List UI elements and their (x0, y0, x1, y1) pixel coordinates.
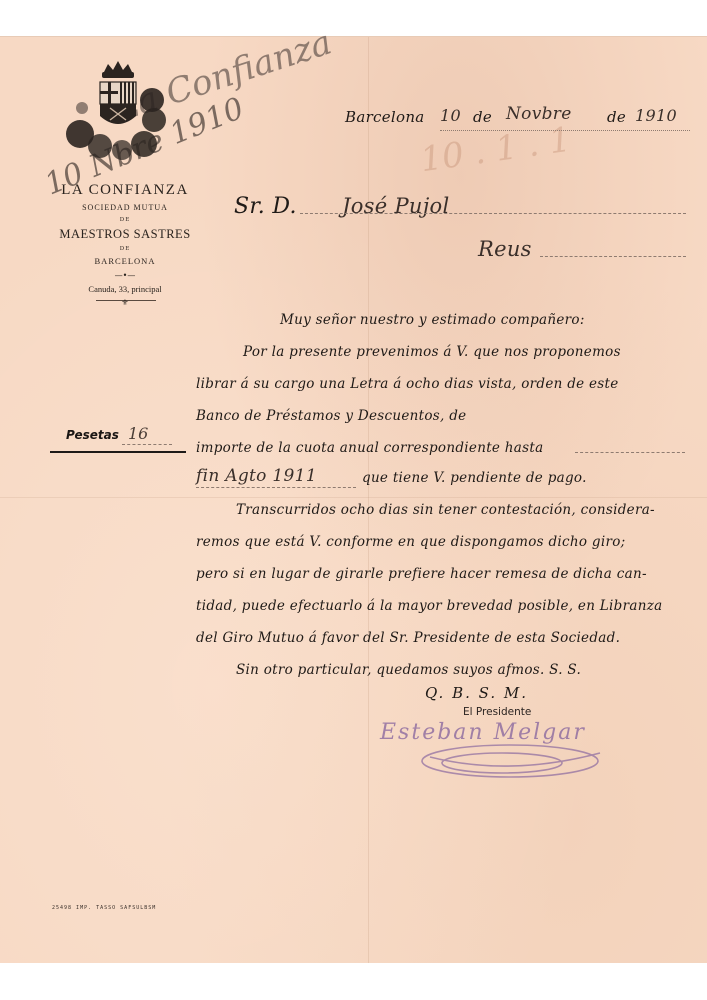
date-month: Novbre (506, 104, 572, 124)
body-line-2: librar á su cargo una Letra á ocho dias … (196, 376, 619, 392)
date-underline (440, 130, 690, 131)
pesetas-label: Pesetas (66, 428, 119, 442)
company-subtitle: SOCIEDAD MUTUA (40, 203, 210, 212)
date-de: de (473, 108, 492, 126)
paragraph2-line-2: remos que está V. conforme en que dispon… (196, 534, 626, 550)
period-fill-line (575, 452, 685, 453)
body-line-4: importe de la cuota anual correspondient… (196, 440, 543, 456)
company-city: BARCELONA (40, 256, 210, 266)
recipient-town-line (540, 256, 686, 257)
paragraph2-line-3: pero si en lugar de girarle prefiere hac… (196, 566, 647, 582)
company-name: LA CONFIANZA (40, 182, 210, 199)
recipient-town: Reus (478, 237, 532, 261)
president-title: El Presidente (463, 706, 531, 718)
body-line-1: Por la presente prevenimos á V. que nos … (243, 344, 621, 360)
paragraph2-line-4: tidad, puede efectuarlo á la mayor breve… (196, 598, 662, 614)
period-underline (196, 487, 356, 488)
date-de-2: de (607, 108, 626, 126)
greeting: Muy señor nuestro y estimado compañero: (280, 312, 585, 328)
pesetas-rule (50, 451, 186, 453)
date-year: 1910 (635, 106, 677, 125)
connector-de-2: DE (40, 246, 210, 252)
closing: Sin otro particular, quedamos suyos afmo… (236, 662, 581, 678)
handwritten-period: fin Agto 1911 (196, 466, 317, 486)
body-line-3: Banco de Préstamos y Descuentos, de (196, 408, 466, 424)
fleur-ornament-icon: ⚜ (40, 298, 210, 307)
fold-line-vertical (368, 37, 369, 963)
ornament-divider: —•— (40, 271, 210, 280)
paragraph2-line-1: Transcurridos ocho dias sin tener contes… (236, 502, 655, 518)
fold-line-horizontal (0, 497, 707, 498)
coat-of-arms-icon (58, 58, 178, 168)
date-day: 10 (440, 106, 461, 125)
body-line-5: que tiene V. pendiente de pago. (362, 470, 587, 486)
printer-mark: 25498 IMP. TASSO SAFSULBSM (52, 905, 156, 911)
company-address: Canuda, 33, principal (40, 284, 210, 294)
signature-flourish-icon (410, 735, 610, 785)
recipient-name: José Pujol (342, 194, 449, 218)
recipient-prefix: Sr. D. (234, 194, 297, 219)
date-place: Barcelona (345, 108, 425, 126)
connector-de: DE (40, 217, 210, 223)
pesetas-amount: 16 (128, 424, 148, 443)
paragraph2-line-5: del Giro Mutuo á favor del Sr. President… (196, 630, 620, 646)
recipient-name-line (300, 213, 686, 214)
company-trade: MAESTROS SASTRES (40, 227, 210, 242)
pesetas-amount-line (122, 444, 172, 445)
qbsm: Q. B. S. M. (425, 684, 528, 702)
